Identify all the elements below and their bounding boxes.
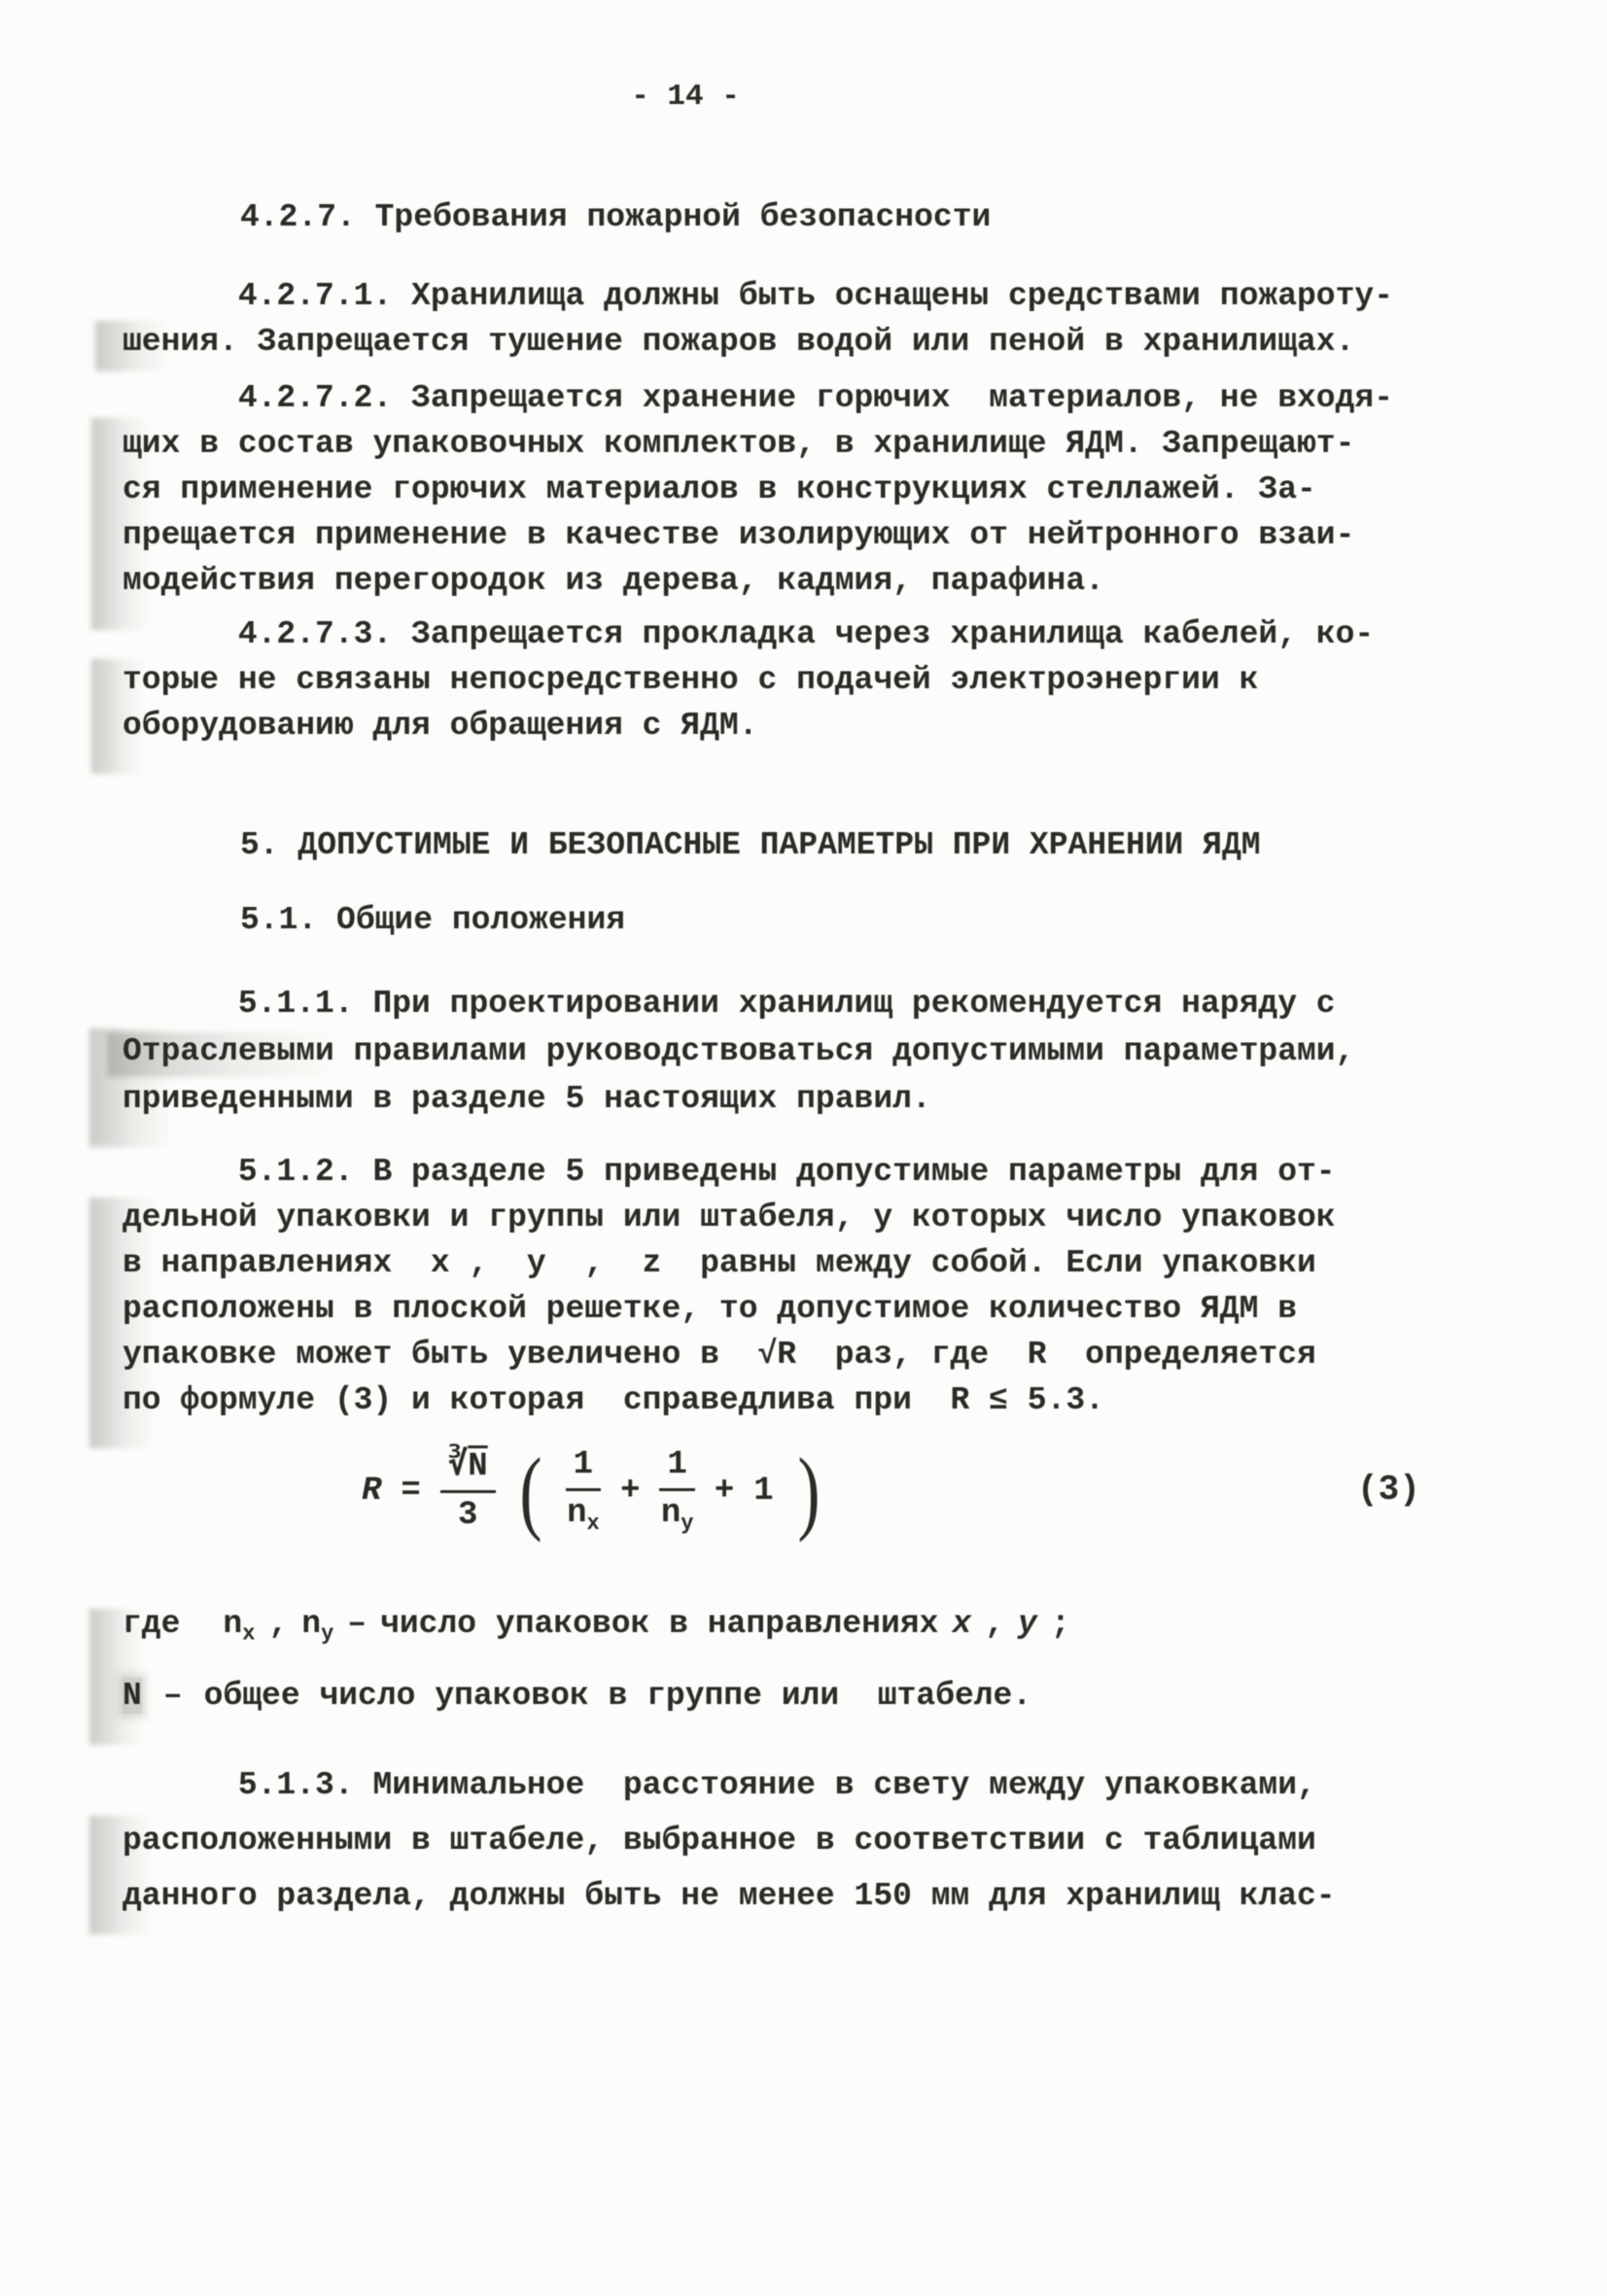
comma: , [985, 1606, 1004, 1642]
n-base: n [661, 1495, 681, 1532]
var-y: y [1018, 1606, 1037, 1642]
n-definition-line: N – общее число упаковок в группе или шт… [122, 1678, 1031, 1714]
plus-sign: + [620, 1473, 640, 1510]
var-nx: n [223, 1606, 242, 1642]
where-definition-line: где nx , ny – число упаковок в направлен… [122, 1606, 1070, 1647]
paragraph-4-2-7-1: 4.2.7.1. Хранилища должны быть оснащены … [122, 273, 1393, 365]
subscript-x: x [242, 1622, 255, 1647]
radicand-n: N [468, 1448, 487, 1485]
formula-3: R = ∛N 3 ( 1 nx + 1 ny + 1 ) [362, 1446, 824, 1536]
equation-number: (3) [1357, 1470, 1420, 1510]
dash: – [163, 1678, 183, 1714]
paragraph-5-1-3: 5.1.3. Минимальное расстояние в свету ме… [122, 1757, 1336, 1924]
fraction-1-over-ny: 1 ny [659, 1446, 694, 1536]
definition-text: общее число упаковок в группе или штабел… [204, 1678, 1032, 1714]
comma: , [268, 1606, 288, 1642]
formula-lhs: R [362, 1473, 381, 1510]
open-paren: ( [519, 1449, 541, 1533]
numerator-1: 1 [659, 1446, 694, 1491]
n-base: n [567, 1495, 586, 1532]
scanned-document-page: - 14 - 4.2.7. Требования пожарной безопа… [0, 0, 1607, 2296]
definition-text: число упаковок в направлениях [380, 1606, 938, 1642]
term-one: 1 [753, 1473, 773, 1510]
cube-root-sign: ∛ [448, 1448, 468, 1485]
var-x: x [952, 1606, 971, 1642]
plus-sign: + [715, 1473, 734, 1510]
heading-4-2-7: 4.2.7. Требования пожарной безопасности [240, 194, 991, 240]
where-lead: где [122, 1606, 180, 1642]
subscript-y: y [681, 1512, 693, 1536]
heading-5-1: 5.1. Общие положения [240, 897, 625, 943]
subscript-x: x [586, 1512, 599, 1536]
heading-5: 5. ДОПУСТИМЫЕ И БЕЗОПАСНЫЕ ПАРАМЕТРЫ ПРИ… [240, 822, 1261, 868]
paragraph-4-2-7-3: 4.2.7.3. Запрещается прокладка через хра… [122, 611, 1374, 748]
numerator-1: 1 [566, 1446, 601, 1491]
dash: – [347, 1606, 367, 1642]
formula-equals: = [401, 1473, 420, 1510]
var-ny: n [301, 1606, 321, 1642]
paragraph-5-1-1: 5.1.1. При проектировании хранилищ реком… [122, 980, 1354, 1123]
fraction-1-over-nx: 1 nx [566, 1446, 601, 1536]
denominator-3: 3 [458, 1493, 477, 1535]
semicolon: ; [1051, 1606, 1070, 1642]
page-number: - 14 - [0, 80, 1371, 114]
fraction-cube-root-n-over-3: ∛N 3 [440, 1448, 496, 1535]
paragraph-5-1-2: 5.1.2. В разделе 5 приведены допустимые … [122, 1149, 1336, 1423]
paragraph-4-2-7-2: 4.2.7.2. Запрещается хранение горючих ма… [122, 375, 1393, 604]
var-n-total: N [122, 1678, 142, 1714]
subscript-y: y [321, 1622, 333, 1647]
close-paren: ) [797, 1449, 820, 1533]
